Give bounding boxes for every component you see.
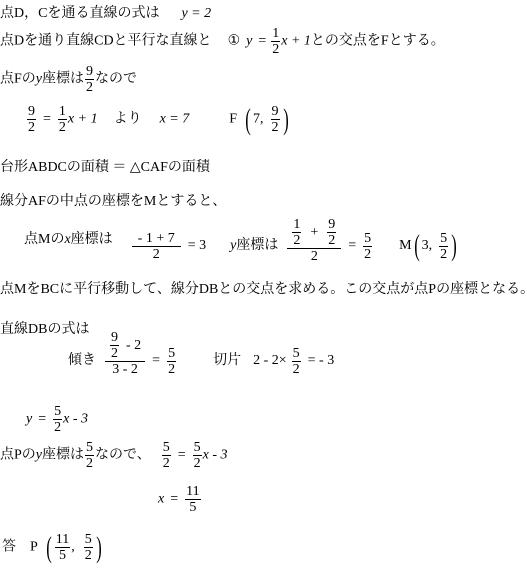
expr: 2 - 2× <box>253 353 287 369</box>
fraction: 52 <box>85 440 94 471</box>
numerator: 12+92 <box>287 217 341 249</box>
text: 台形ABDCの面積 ＝ △CAFの面積 <box>0 160 210 175</box>
denominator: 2 <box>363 247 372 262</box>
equals: = <box>178 448 186 463</box>
coord: 3, <box>422 238 433 254</box>
denominator: 2 <box>27 120 36 135</box>
line-12: 点Pのy座標は52なので、52=52x - 3 <box>0 440 228 471</box>
numerator: 9 <box>85 64 94 80</box>
text: なので、 <box>95 448 151 463</box>
result: = - 3 <box>308 353 335 369</box>
text: 座標は <box>71 232 113 248</box>
point-label: M <box>399 238 411 254</box>
text: 座標は <box>236 238 278 254</box>
denominator: 2 <box>58 120 67 135</box>
fraction: 115 <box>185 484 200 515</box>
expr: x + 1 <box>281 34 311 49</box>
line-2: 点Dを通り直線CDと平行な直線と①y=12x + 1との交点をFとする。 <box>0 26 445 57</box>
fraction: 52 <box>167 346 176 377</box>
numerator: 92- 2 <box>105 330 145 362</box>
line-13: x=115 <box>158 484 202 515</box>
fraction: 12 <box>271 26 280 57</box>
fraction: 92 <box>110 330 119 361</box>
expr: x + 1 <box>68 112 98 127</box>
numerator: 1 <box>292 217 301 233</box>
denominator: 3 - 2 <box>111 362 139 377</box>
point-label: F <box>229 112 237 127</box>
text-tail: との交点をFとする。 <box>311 34 445 49</box>
paren-left: ( <box>414 231 420 261</box>
var-y: y <box>246 34 252 49</box>
circled-one: ① <box>228 34 241 49</box>
fraction: 12 <box>292 217 301 248</box>
text: 点MをBCに平行移動して、線分DBとの交点を求める。この交点が点Pの座標となる。 <box>0 282 527 297</box>
answer-label: 答 <box>2 540 16 555</box>
equation: y = 2 <box>181 6 211 21</box>
denominator: 2 <box>110 346 119 361</box>
text: なので <box>95 72 137 87</box>
denominator: 2 <box>162 456 171 471</box>
denominator: 2 <box>85 456 94 471</box>
line-6: 線分AFの中点の座標をMとすると、 <box>0 194 226 210</box>
fraction: 92 <box>85 64 94 95</box>
comma: , <box>71 540 75 555</box>
fraction: 52 <box>162 440 171 471</box>
text: 点Mの <box>24 232 64 248</box>
paren-left: ( <box>46 533 52 563</box>
equals: = <box>152 353 160 369</box>
denominator: 5 <box>188 500 197 515</box>
compound-fraction: 12+92 2 <box>287 217 341 264</box>
numerator: 11 <box>55 532 70 548</box>
text: 点Pの <box>0 448 36 463</box>
denominator: 2 <box>292 233 301 248</box>
numerator: 5 <box>167 346 176 362</box>
fraction: 52 <box>363 231 372 262</box>
text: 点Fの <box>0 72 36 87</box>
numerator: 1 <box>271 26 280 42</box>
result: = 3 <box>188 238 206 254</box>
text: より <box>114 112 142 127</box>
line-8: 点MをBCに平行移動して、線分DBとの交点を求める。この交点が点Pの座標となる。 <box>0 282 527 298</box>
numerator: 9 <box>110 330 119 346</box>
fraction: 52 <box>439 231 448 262</box>
text: 座標は <box>42 448 84 463</box>
line-1: 点D，Cを通る直線の式はy = 2 <box>0 6 211 22</box>
line-11: y=52x - 3 <box>26 404 88 435</box>
equals: = <box>43 112 51 127</box>
denominator: 2 <box>84 548 93 563</box>
denominator: 2 <box>193 456 202 471</box>
numerator: 9 <box>327 217 336 233</box>
intercept-label: 切片 <box>213 353 241 369</box>
denominator: 2 <box>271 120 280 135</box>
paren-right: ) <box>96 533 102 563</box>
numerator: 5 <box>292 346 301 362</box>
denominator: 2 <box>310 249 319 264</box>
numerator: 11 <box>185 484 200 500</box>
fraction: 92 <box>271 104 280 135</box>
paren-left: ( <box>245 105 251 135</box>
equals: = <box>348 238 356 254</box>
numerator: 9 <box>271 104 280 120</box>
fraction: 52 <box>53 404 62 435</box>
line-3: 点Fのy座標は92なので <box>0 64 137 95</box>
line-5: 台形ABDCの面積 ＝ △CAFの面積 <box>0 160 210 176</box>
fraction: 52 <box>292 346 301 377</box>
fraction: 115 <box>55 532 70 563</box>
var-y: y <box>26 412 32 427</box>
fraction: 52 <box>84 532 93 563</box>
expr: x = 7 <box>160 112 190 127</box>
paren-right: ) <box>451 231 457 261</box>
denominator: 2 <box>85 80 94 95</box>
fraction: 92 <box>327 217 336 248</box>
denominator: 2 <box>327 233 336 248</box>
fraction: 12 <box>58 104 67 135</box>
text: 点Dを通り直線CDと平行な直線と <box>0 34 212 49</box>
equals: = <box>38 412 46 427</box>
numerator: 5 <box>363 231 372 247</box>
line-4: 92=12x + 1よりx = 7F(7,92) <box>26 104 291 135</box>
denominator: 2 <box>271 42 280 57</box>
numerator: 5 <box>85 440 94 456</box>
denominator: 2 <box>439 247 448 262</box>
compound-fraction: 92- 2 3 - 2 <box>105 330 145 377</box>
fraction: 92 <box>27 104 36 135</box>
numerator: 5 <box>162 440 171 456</box>
coord: 7, <box>253 112 264 127</box>
equals: = <box>258 34 266 49</box>
equals: = <box>170 492 178 507</box>
numerator: 9 <box>27 104 36 120</box>
answer-line: 答P(115,52) <box>2 532 104 563</box>
slope-label: 傾き <box>68 353 96 369</box>
expr: - 2 <box>126 338 141 353</box>
text: 座標は <box>42 72 84 87</box>
expr: x - 3 <box>63 412 88 427</box>
denominator: 2 <box>167 362 176 377</box>
denominator: 2 <box>152 247 161 262</box>
numerator: 5 <box>193 440 202 456</box>
text: 点D，Cを通る直線の式は <box>0 6 159 21</box>
numerator: 5 <box>439 231 448 247</box>
numerator: 5 <box>53 404 62 420</box>
paren-right: ) <box>283 105 289 135</box>
numerator: - 1 + 7 <box>132 231 181 247</box>
text: 線分AFの中点の座標をMとすると、 <box>0 194 226 209</box>
line-7: 点Mのx座標は - 1 + 72= 3 y座標は 12+92 2 = 52 M(… <box>24 212 459 268</box>
fraction: - 1 + 72 <box>132 231 181 262</box>
fraction: 52 <box>193 440 202 471</box>
line-10: 傾き 92- 2 3 - 2 = 52 切片2 - 2× 52= - 3 <box>68 322 334 384</box>
expr: x - 3 <box>203 448 228 463</box>
var-x: x <box>158 492 164 507</box>
plus: + <box>310 225 318 240</box>
point-label: P <box>30 540 38 555</box>
denominator: 2 <box>292 362 301 377</box>
numerator: 1 <box>58 104 67 120</box>
denominator: 2 <box>53 420 62 435</box>
numerator: 5 <box>84 532 93 548</box>
denominator: 5 <box>58 548 67 563</box>
